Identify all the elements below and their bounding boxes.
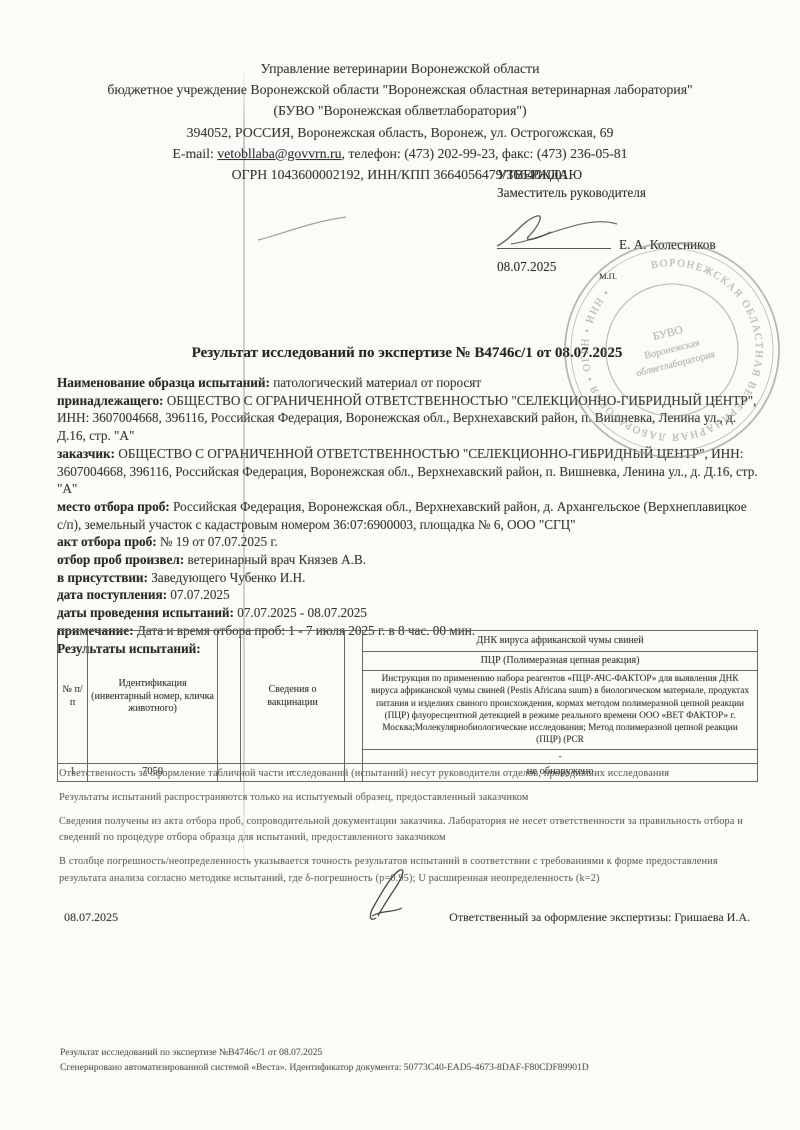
scanned-document-page: Управление ветеринарии Воронежской облас… [0, 0, 800, 1130]
header-method-description: Инструкция по применению набора реагенто… [363, 671, 758, 750]
col-spacer-1 [218, 631, 241, 764]
document-footer: Результат исследований по экспертизе №В4… [60, 1046, 589, 1075]
responsible-signature-icon [362, 864, 422, 926]
email-link: vetobllaba@govvrn.ru [217, 146, 341, 161]
approver-signature-icon [493, 208, 623, 252]
note-scope: Результаты испытаний распространяются то… [59, 790, 759, 807]
signoff-date: 08.07.2025 [64, 910, 118, 925]
footer-expertise-ref: Результат исследований по экспертизе №В4… [60, 1046, 589, 1061]
signature-stroke-icon [252, 212, 352, 244]
responsible-person: Ответственный за оформление экспертизы: … [449, 910, 750, 925]
header-uncertainty: - [363, 749, 758, 763]
phone-fax: , телефон: (473) 202-99-23, факс: (473) … [341, 146, 627, 161]
stamp-place-label: М.П. [599, 271, 617, 281]
detail-receipt-date: дата поступления: 07.07.2025 [57, 586, 759, 604]
approver-position: Заместитель руководителя [497, 184, 759, 202]
footer-generated-by: Сгенерировано автоматизированной системо… [60, 1061, 589, 1076]
col-spacer-2 [345, 631, 363, 764]
detail-sampling-place: место отбора проб: Российская Федерация,… [57, 498, 759, 533]
col-header-num: № п/п [58, 631, 88, 764]
col-header-identification: Идентификация (инвентарный номер, кличка… [88, 631, 218, 764]
org-short-name: (БУВО "Воронежская облветлаборатория") [40, 100, 760, 121]
org-contacts: E-mail: vetobllaba@govvrn.ru, телефон: (… [40, 143, 760, 164]
org-name: Управление ветеринарии Воронежской облас… [40, 58, 760, 79]
detail-test-dates: даты проведения испытаний: 07.07.2025 - … [57, 604, 759, 622]
approval-heading: УТВЕРЖДАЮ [497, 166, 759, 184]
header-method: ПЦР (Полимеразная цепная реакция) [363, 652, 758, 671]
org-address: 394052, РОССИЯ, Воронежская область, Вор… [40, 122, 760, 143]
note-sampling-info: Сведения получены из акта отбора проб, с… [59, 814, 759, 848]
note-responsibility: Ответственность за оформление табличной … [59, 766, 759, 783]
detail-sampled-by: отбор проб произвел: ветеринарный врач К… [57, 551, 759, 569]
email-label: E-mail: [172, 146, 213, 161]
detail-sampling-act: акт отбора проб: № 19 от 07.07.2025 г. [57, 533, 759, 551]
detail-witness: в присутствии: Заведующего Чубенко И.Н. [57, 569, 759, 587]
header-disease: ДНК вируса африканской чумы свиней [363, 631, 758, 652]
stamp-center-line1: БУВО [652, 324, 684, 343]
results-table: № п/п Идентификация (инвентарный номер, … [57, 630, 758, 782]
org-full-name: бюджетное учреждение Воронежской области… [40, 79, 760, 100]
col-header-vaccination: Сведения о вакцинации [241, 631, 345, 764]
